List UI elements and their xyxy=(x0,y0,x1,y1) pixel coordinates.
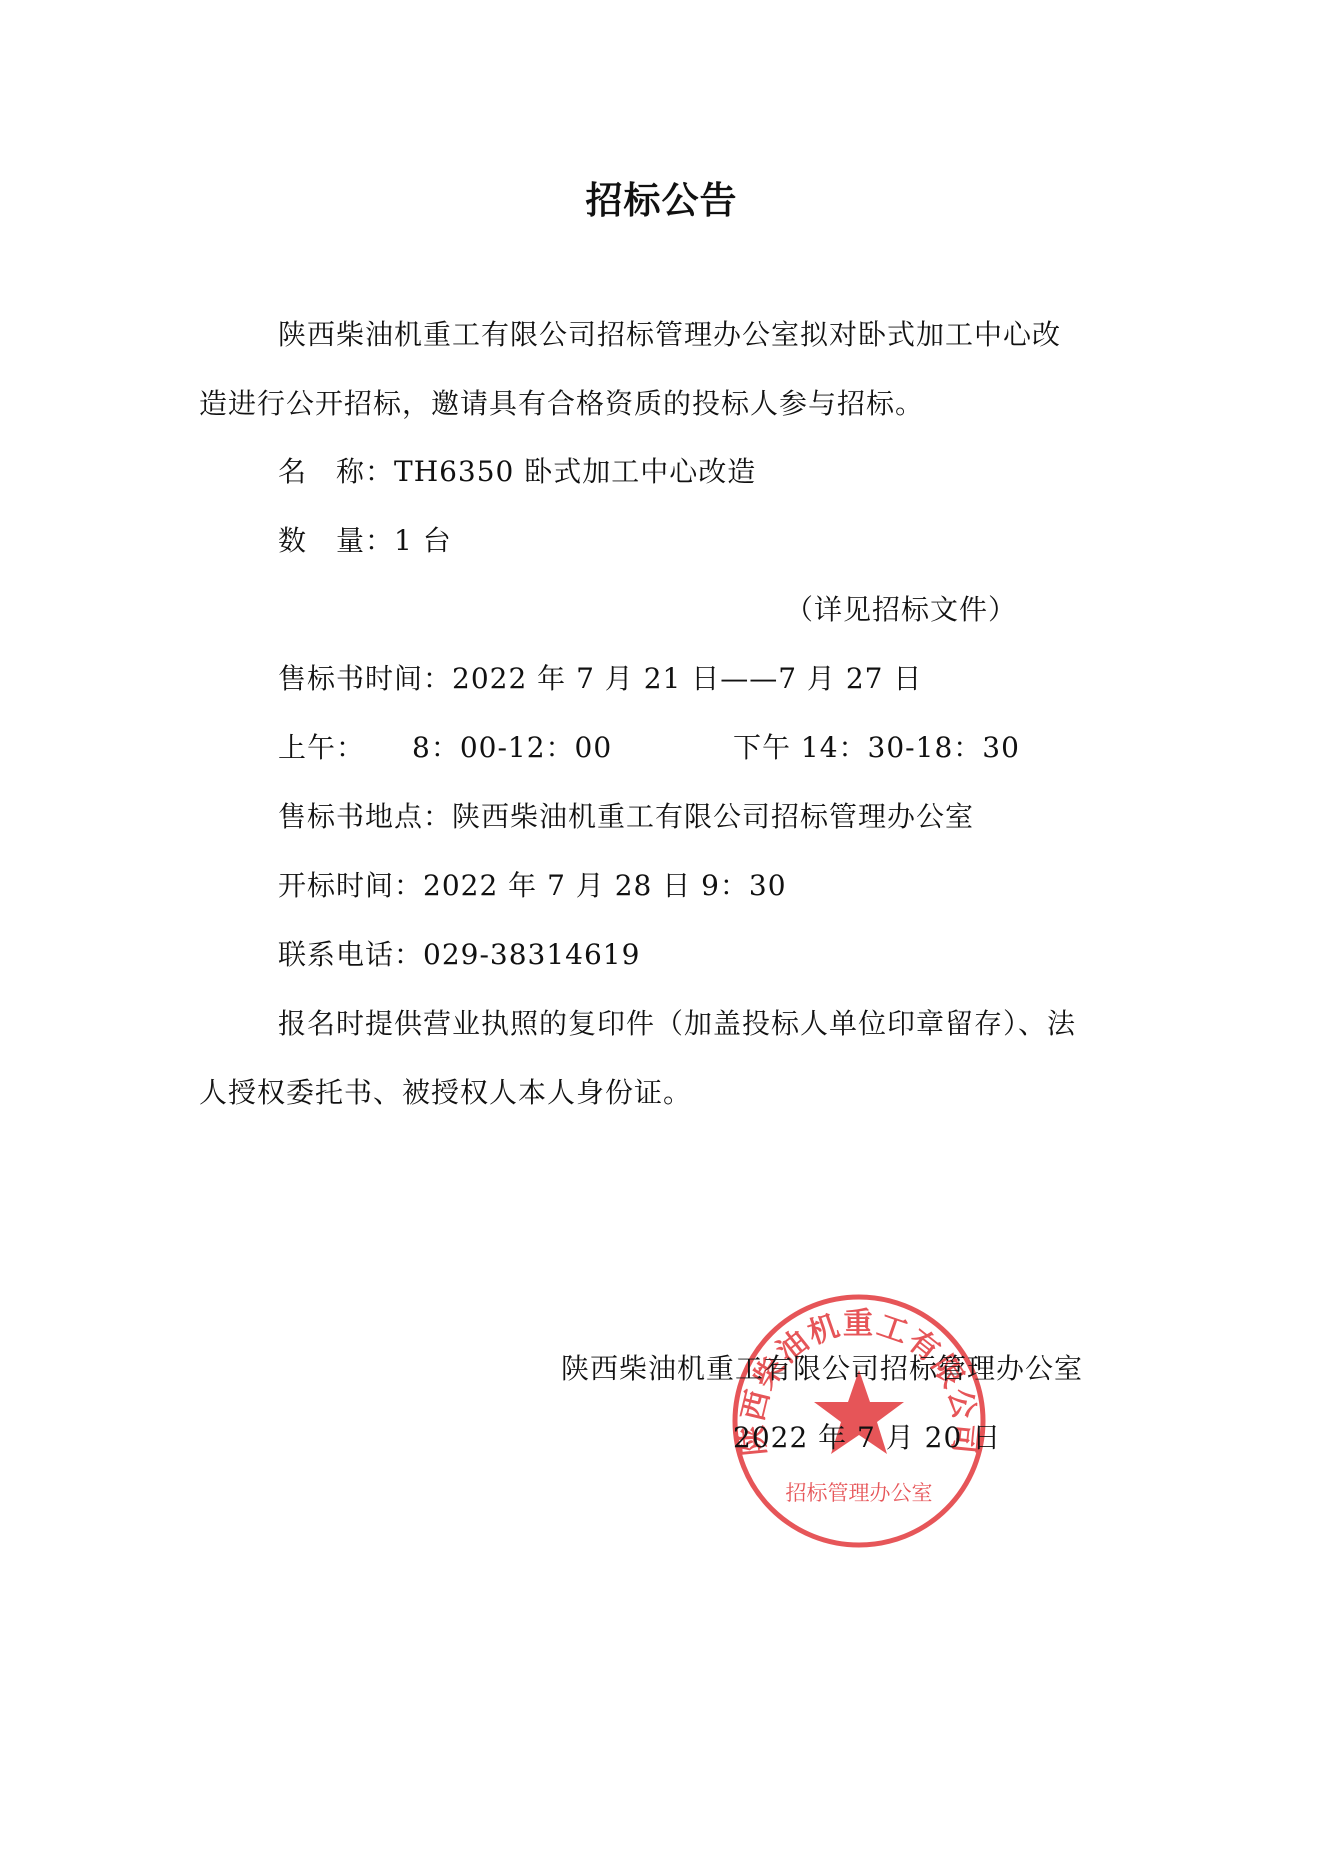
opening-label: 开标时间： xyxy=(278,869,423,902)
signature-organization: 陕西柴油机重工有限公司招标管理办公室 xyxy=(561,1352,1083,1386)
phone-label: 联系电话： xyxy=(278,938,423,971)
name-value: TH6350 卧式加工中心改造 xyxy=(394,455,756,488)
sale-place-label: 售标书地点： xyxy=(278,800,452,833)
sale-time-value: 2022 年 7 月 21 日——7 月 27 日 xyxy=(452,662,922,695)
quantity-field: 数 量：1 台 xyxy=(278,524,452,558)
requirements-line-1: 报名时提供营业执照的复印件（加盖投标人单位印章留存）、法 xyxy=(278,1007,1076,1041)
sale-time-field: 售标书时间：2022 年 7 月 21 日——7 月 27 日 xyxy=(278,662,922,696)
intro-line-2: 造进行公开招标，邀请具有合格资质的投标人参与招标。 xyxy=(199,387,924,421)
morning-field: 上午： xyxy=(278,731,365,765)
phone-field: 联系电话：029-38314619 xyxy=(278,938,640,972)
name-field: 名 称：TH6350 卧式加工中心改造 xyxy=(278,455,756,489)
sale-place-field: 售标书地点：陕西柴油机重工有限公司招标管理办公室 xyxy=(278,800,974,834)
afternoon-label: 下午 xyxy=(733,731,791,764)
name-label: 名 称： xyxy=(278,455,394,488)
afternoon-field: 下午 14：30-18：30 xyxy=(733,731,1020,765)
quantity-label: 数 量： xyxy=(278,524,394,557)
sale-place-value: 陕西柴油机重工有限公司招标管理办公室 xyxy=(452,800,974,833)
opening-value: 2022 年 7 月 28 日 9：30 xyxy=(423,869,787,902)
morning-label: 上午： xyxy=(278,731,365,764)
page-title: 招标公告 xyxy=(0,170,1323,224)
see-docs-note: （详见招标文件） xyxy=(785,593,1017,627)
opening-time-field: 开标时间：2022 年 7 月 28 日 9：30 xyxy=(278,869,787,903)
intro-line-1: 陕西柴油机重工有限公司招标管理办公室拟对卧式加工中心改 xyxy=(278,318,1061,352)
document-page: 招标公告 陕西柴油机重工有限公司招标管理办公室拟对卧式加工中心改 造进行公开招标… xyxy=(0,0,1323,1871)
sale-time-label: 售标书时间： xyxy=(278,662,452,695)
seal-bottom-text: 招标管理办公室 xyxy=(786,1481,933,1505)
afternoon-value: 14：30-18：30 xyxy=(801,731,1020,764)
phone-value: 029-38314619 xyxy=(423,938,640,971)
signature-date: 2022 年 7 月 20 日 xyxy=(733,1421,1001,1455)
morning-value: 8：00-12：00 xyxy=(412,731,612,765)
quantity-value: 1 台 xyxy=(394,524,452,557)
requirements-line-2: 人授权委托书、被授权人本人身份证。 xyxy=(199,1076,692,1110)
